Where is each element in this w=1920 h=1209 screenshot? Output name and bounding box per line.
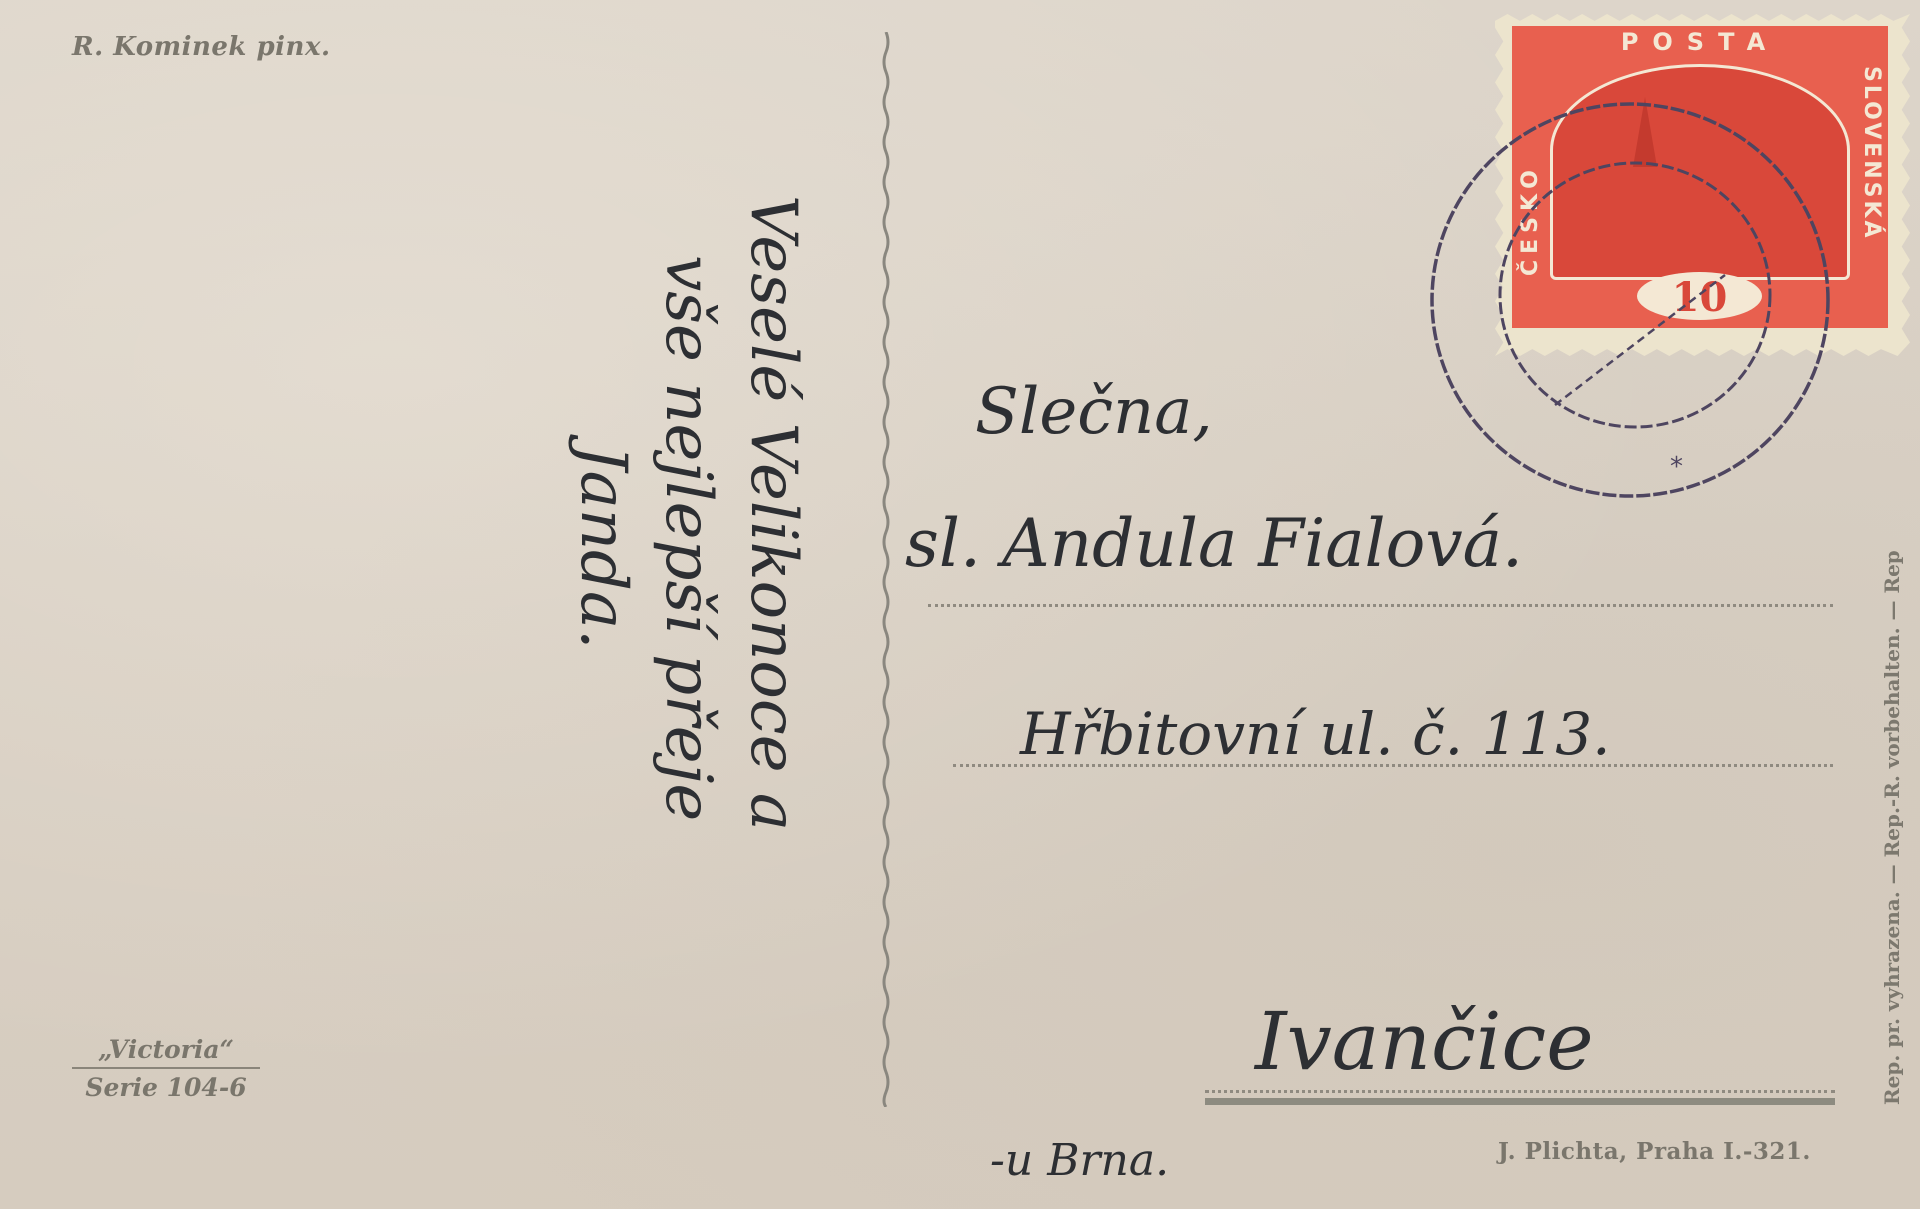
artist-credit: R. Kominek pinx. <box>72 32 331 62</box>
address-street: Hřbitovní ul. č. 113. <box>1020 700 1611 768</box>
series-label: „Victoria“ Serie 104-6 <box>72 1035 260 1103</box>
address-line-3 <box>1205 1090 1835 1093</box>
svg-text:*: * <box>1670 452 1683 482</box>
castle-icon <box>1633 97 1657 167</box>
stamp-value: 10 <box>1637 274 1762 321</box>
stamp-top-text: POSTA <box>1512 28 1888 56</box>
series-name: „Victoria“ <box>72 1035 260 1065</box>
stamp-design: POSTA ČESKO SLOVENSKÁ 10 <box>1512 26 1888 328</box>
stamp-left-text: ČESKO <box>1518 164 1543 276</box>
series-rule <box>72 1067 260 1069</box>
address-line-1 <box>928 604 1833 607</box>
address-city: Ivančice <box>1255 995 1594 1088</box>
message-line: Janda. <box>560 195 645 831</box>
address-line-2 <box>953 764 1833 767</box>
handwritten-message: Veselé Velikonoce a vše nejlepší přeje J… <box>560 195 815 831</box>
postage-stamp: POSTA ČESKO SLOVENSKÁ 10 <box>1495 14 1910 356</box>
address-recipient: sl. Andula Fialová. <box>905 505 1523 582</box>
center-divider <box>878 32 894 1107</box>
publisher-imprint: J. Plichta, Praha I.-321. <box>1498 1138 1811 1165</box>
address-via: -u Brna. <box>990 1135 1169 1186</box>
series-number: Serie 104-6 <box>72 1073 260 1103</box>
message-line: Veselé Velikonoce a <box>730 195 815 831</box>
message-line: vše nejlepší přeje <box>645 195 730 831</box>
stamp-right-text: SLOVENSKÁ <box>1859 66 1884 241</box>
stamp-value-oval: 10 <box>1637 272 1762 320</box>
stamp-castle-scene <box>1550 64 1850 280</box>
address-salutation: Slečna, <box>975 375 1213 449</box>
postcard: R. Kominek pinx. „Victoria“ Serie 104-6 … <box>0 0 1920 1209</box>
address-bottom-rule <box>1205 1098 1835 1105</box>
rights-reserved-note: Rep. pr. vyhrazena. — Rep.-R. vorbehalte… <box>1880 550 1904 1105</box>
